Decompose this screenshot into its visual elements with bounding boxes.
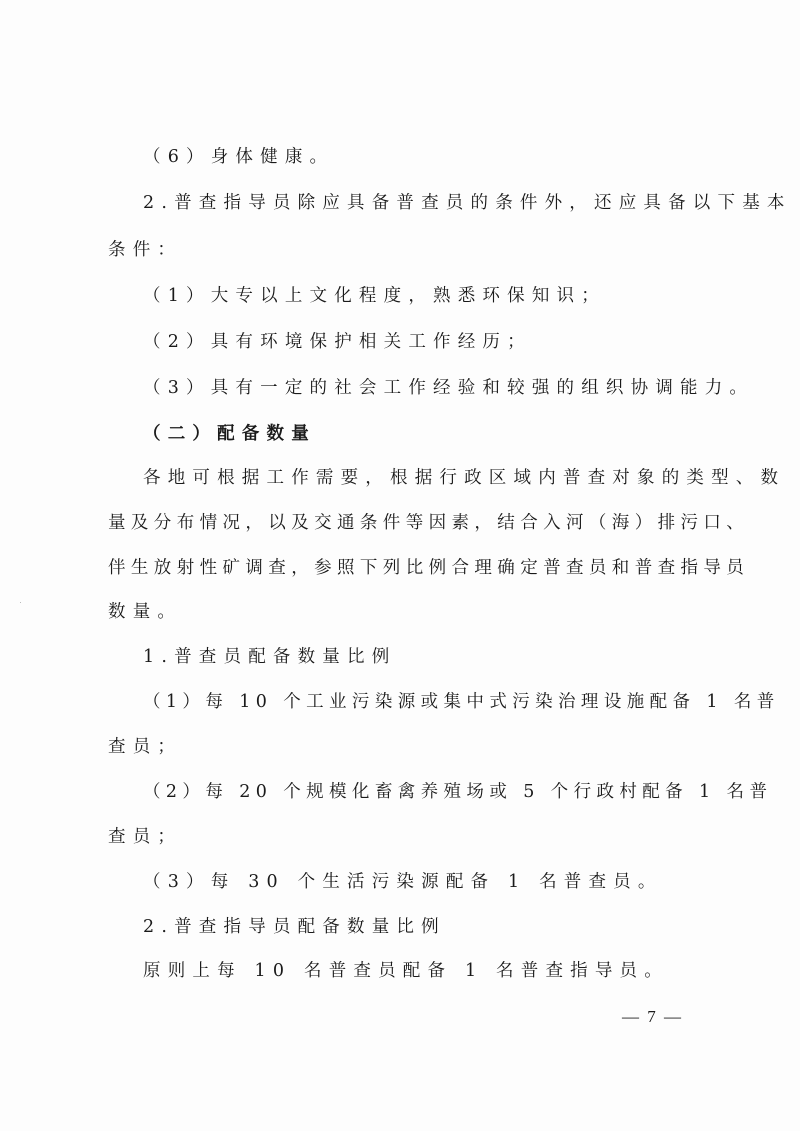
condition-1-education: （1）大专以上文化程度，熟悉环保知识； — [143, 281, 690, 311]
subheading-supervisor-ratio: 2.普查指导员配备数量比例 — [143, 912, 690, 942]
supervisor-conditions-intro-cont: 条件： — [108, 235, 690, 265]
condition-3-coordination: （3）具有一定的社会工作经验和较强的组织协调能力。 — [143, 373, 690, 403]
ratio-2-livestock-cont: 查员； — [108, 822, 690, 852]
staffing-paragraph-line-1: 各地可根据工作需要，根据行政区域内普查对象的类型、数 — [143, 463, 690, 493]
scan-speck — [20, 602, 21, 603]
ratio-2-livestock: （2）每 20 个规模化畜禽养殖场或 5 个行政村配备 1 名普 — [143, 777, 690, 807]
staffing-paragraph-line-3: 伴生放射性矿调查，参照下列比例合理确定普查员和普查指导员 — [108, 553, 690, 583]
supervisor-ratio-rule: 原则上每 10 名普查员配备 1 名普查指导员。 — [143, 956, 690, 986]
document-page: （6）身体健康。 2.普查指导员除应具备普查员的条件外，还应具备以下基本 条件：… — [0, 0, 800, 1131]
staffing-paragraph-line-2: 量及分布情况，以及交通条件等因素，结合入河（海）排污口、 — [108, 508, 690, 538]
supervisor-conditions-intro: 2.普查指导员除应具备普查员的条件外，还应具备以下基本 — [143, 188, 690, 218]
ratio-3-domestic: （3）每 30 个生活污染源配备 1 名普查员。 — [143, 867, 690, 897]
staffing-paragraph-line-4: 数量。 — [108, 597, 690, 627]
page-number: — 7 — — [622, 1003, 683, 1031]
item-6-healthy: （6）身体健康。 — [143, 142, 690, 172]
subheading-enumerator-ratio: 1.普查员配备数量比例 — [143, 642, 690, 672]
ratio-1-industrial: （1）每 10 个工业污染源或集中式污染治理设施配备 1 名普 — [143, 687, 690, 717]
ratio-1-industrial-cont: 查员； — [108, 732, 690, 762]
section-heading-staffing-quantity: （二）配备数量 — [143, 419, 690, 449]
condition-2-experience: （2）具有环境保护相关工作经历； — [143, 327, 690, 357]
